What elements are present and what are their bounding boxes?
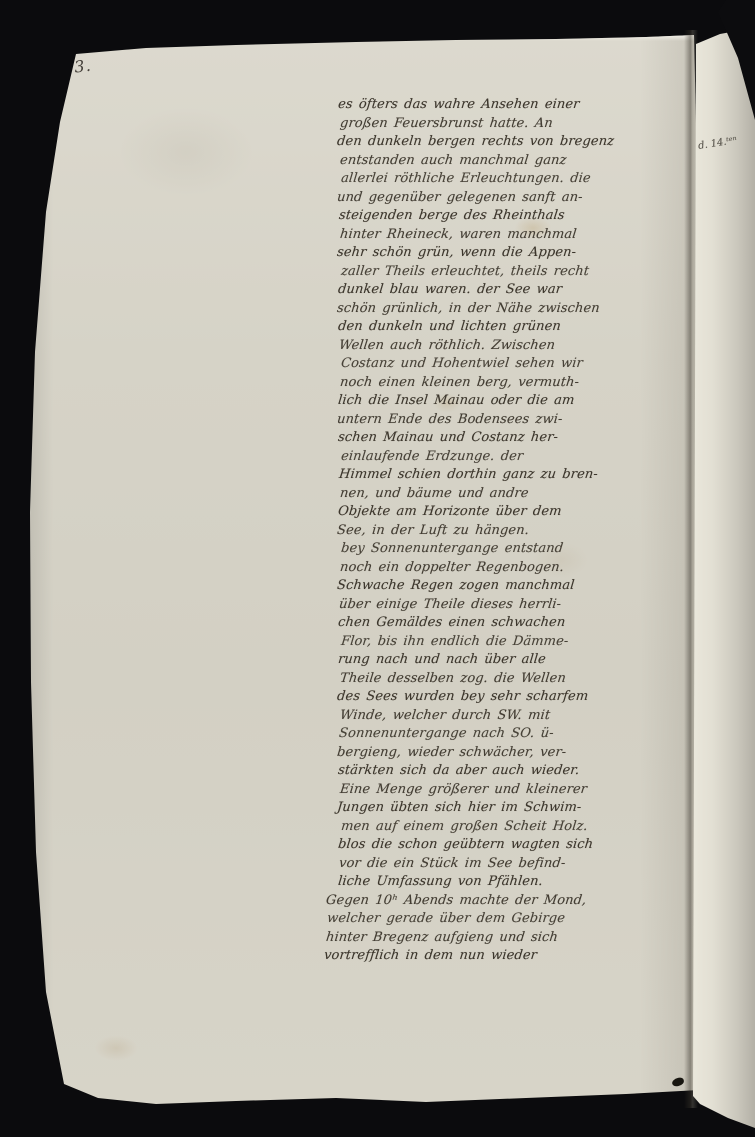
manuscript-text-line: lich die Insel Mainau oder die am xyxy=(337,392,629,411)
manuscript-text-line: untern Ende des Bodensees zwi- xyxy=(336,411,628,430)
next-page-edge: d. 14.ᵗᵉⁿ xyxy=(690,26,755,1137)
margin-date-note: d. 14.ᵗᵉⁿ xyxy=(697,135,737,152)
manuscript-text-line: Eine Menge größerer und kleinerer xyxy=(339,781,631,800)
manuscript-text-line: noch einen kleinen berg, vermuth- xyxy=(339,374,631,393)
manuscript-text-line: dunkel blau waren. der See war xyxy=(337,281,629,300)
manuscript-text-line: einlaufende Erdzunge. der xyxy=(340,448,632,467)
manuscript-text-line: stärkten sich da aber auch wieder. xyxy=(337,762,629,781)
manuscript-page: 163. es öfters das wahre Ansehen einergr… xyxy=(26,32,708,1107)
manuscript-text-line: Costanz und Hohentwiel sehen wir xyxy=(340,355,632,374)
manuscript-text-line: Winde, welcher durch SW. mit xyxy=(339,707,631,726)
manuscript-text-block: es öfters das wahre Ansehen einergroßen … xyxy=(338,96,628,966)
manuscript-text-line: zaller Theils erleuchtet, theils recht xyxy=(340,263,632,282)
manuscript-text-line: hinter Rheineck, waren manchmal xyxy=(339,226,631,245)
manuscript-text-line: bergieng, wieder schwächer, ver- xyxy=(336,744,628,763)
manuscript-text-line: steigenden berge des Rheinthals xyxy=(338,207,630,226)
scan-background: 163. es öfters das wahre Ansehen einergr… xyxy=(0,0,755,1137)
manuscript-text-line: allerlei röthliche Erleuchtungen. die xyxy=(340,170,632,189)
manuscript-text-line: es öfters das wahre Ansehen einer xyxy=(337,96,629,115)
manuscript-text-line: Theile desselben zog. die Wellen xyxy=(339,670,631,689)
manuscript-text-line: liche Umfassung von Pfählen. xyxy=(337,873,629,892)
manuscript-text-line: Jungen übten sich hier im Schwim- xyxy=(336,799,628,818)
manuscript-text-line: Wellen auch röthlich. Zwischen xyxy=(338,337,630,356)
manuscript-text-line: und gegenüber gelegenen sanft an- xyxy=(336,189,628,208)
manuscript-text-line: entstanden auch manchmal ganz xyxy=(339,152,631,171)
manuscript-text-line: noch ein doppelter Regenbogen. xyxy=(339,559,631,578)
manuscript-text-line: großen Feuersbrunst hatte. An xyxy=(339,115,631,134)
manuscript-text-line: men auf einem großen Scheit Holz. xyxy=(340,818,632,837)
manuscript-text-line: Gegen 10ʰ Abends machte der Mond, xyxy=(325,892,631,911)
manuscript-text-line: den dunkeln und lichten grünen xyxy=(337,318,629,337)
manuscript-text-line: See, in der Luft zu hängen. xyxy=(336,522,628,541)
manuscript-text-line: schen Mainau und Costanz her- xyxy=(337,429,629,448)
manuscript-text-line: vortrefflich in dem nun wieder xyxy=(323,947,629,966)
manuscript-text-line: den dunkeln bergen rechts von bregenz xyxy=(336,133,628,152)
manuscript-text-line: vor die ein Stück im See befind- xyxy=(338,855,630,874)
manuscript-text-line: welcher gerade über dem Gebirge xyxy=(326,910,632,929)
manuscript-text-line: Himmel schien dorthin ganz zu bren- xyxy=(338,466,630,485)
manuscript-text-line: blos die schon geübtern wagten sich xyxy=(337,836,629,855)
manuscript-text-line: Schwache Regen zogen manchmal xyxy=(336,577,628,596)
manuscript-text-line: chen Gemäldes einen schwachen xyxy=(337,614,629,633)
manuscript-text-line: rung nach und nach über alle xyxy=(337,651,629,670)
manuscript-text-line: über einige Theile dieses herrli- xyxy=(338,596,630,615)
manuscript-text-line: des Sees wurden bey sehr scharfem xyxy=(336,688,628,707)
manuscript-text-line: bey Sonnenuntergange entstand xyxy=(340,540,632,559)
manuscript-text-line: Flor, bis ihn endlich die Dämme- xyxy=(340,633,632,652)
manuscript-text-line: schön grünlich, in der Nähe zwischen xyxy=(336,300,628,319)
manuscript-text-line: nen, und bäume und andre xyxy=(339,485,631,504)
manuscript-text-line: Objekte am Horizonte über dem xyxy=(337,503,629,522)
manuscript-text-line: hinter Bregenz aufgieng und sich xyxy=(325,929,631,948)
manuscript-text-line: sehr schön grün, wenn die Appen- xyxy=(336,244,628,263)
page-number: 163. xyxy=(51,56,93,80)
manuscript-text-line: Sonnenuntergange nach SO. ü- xyxy=(338,725,630,744)
